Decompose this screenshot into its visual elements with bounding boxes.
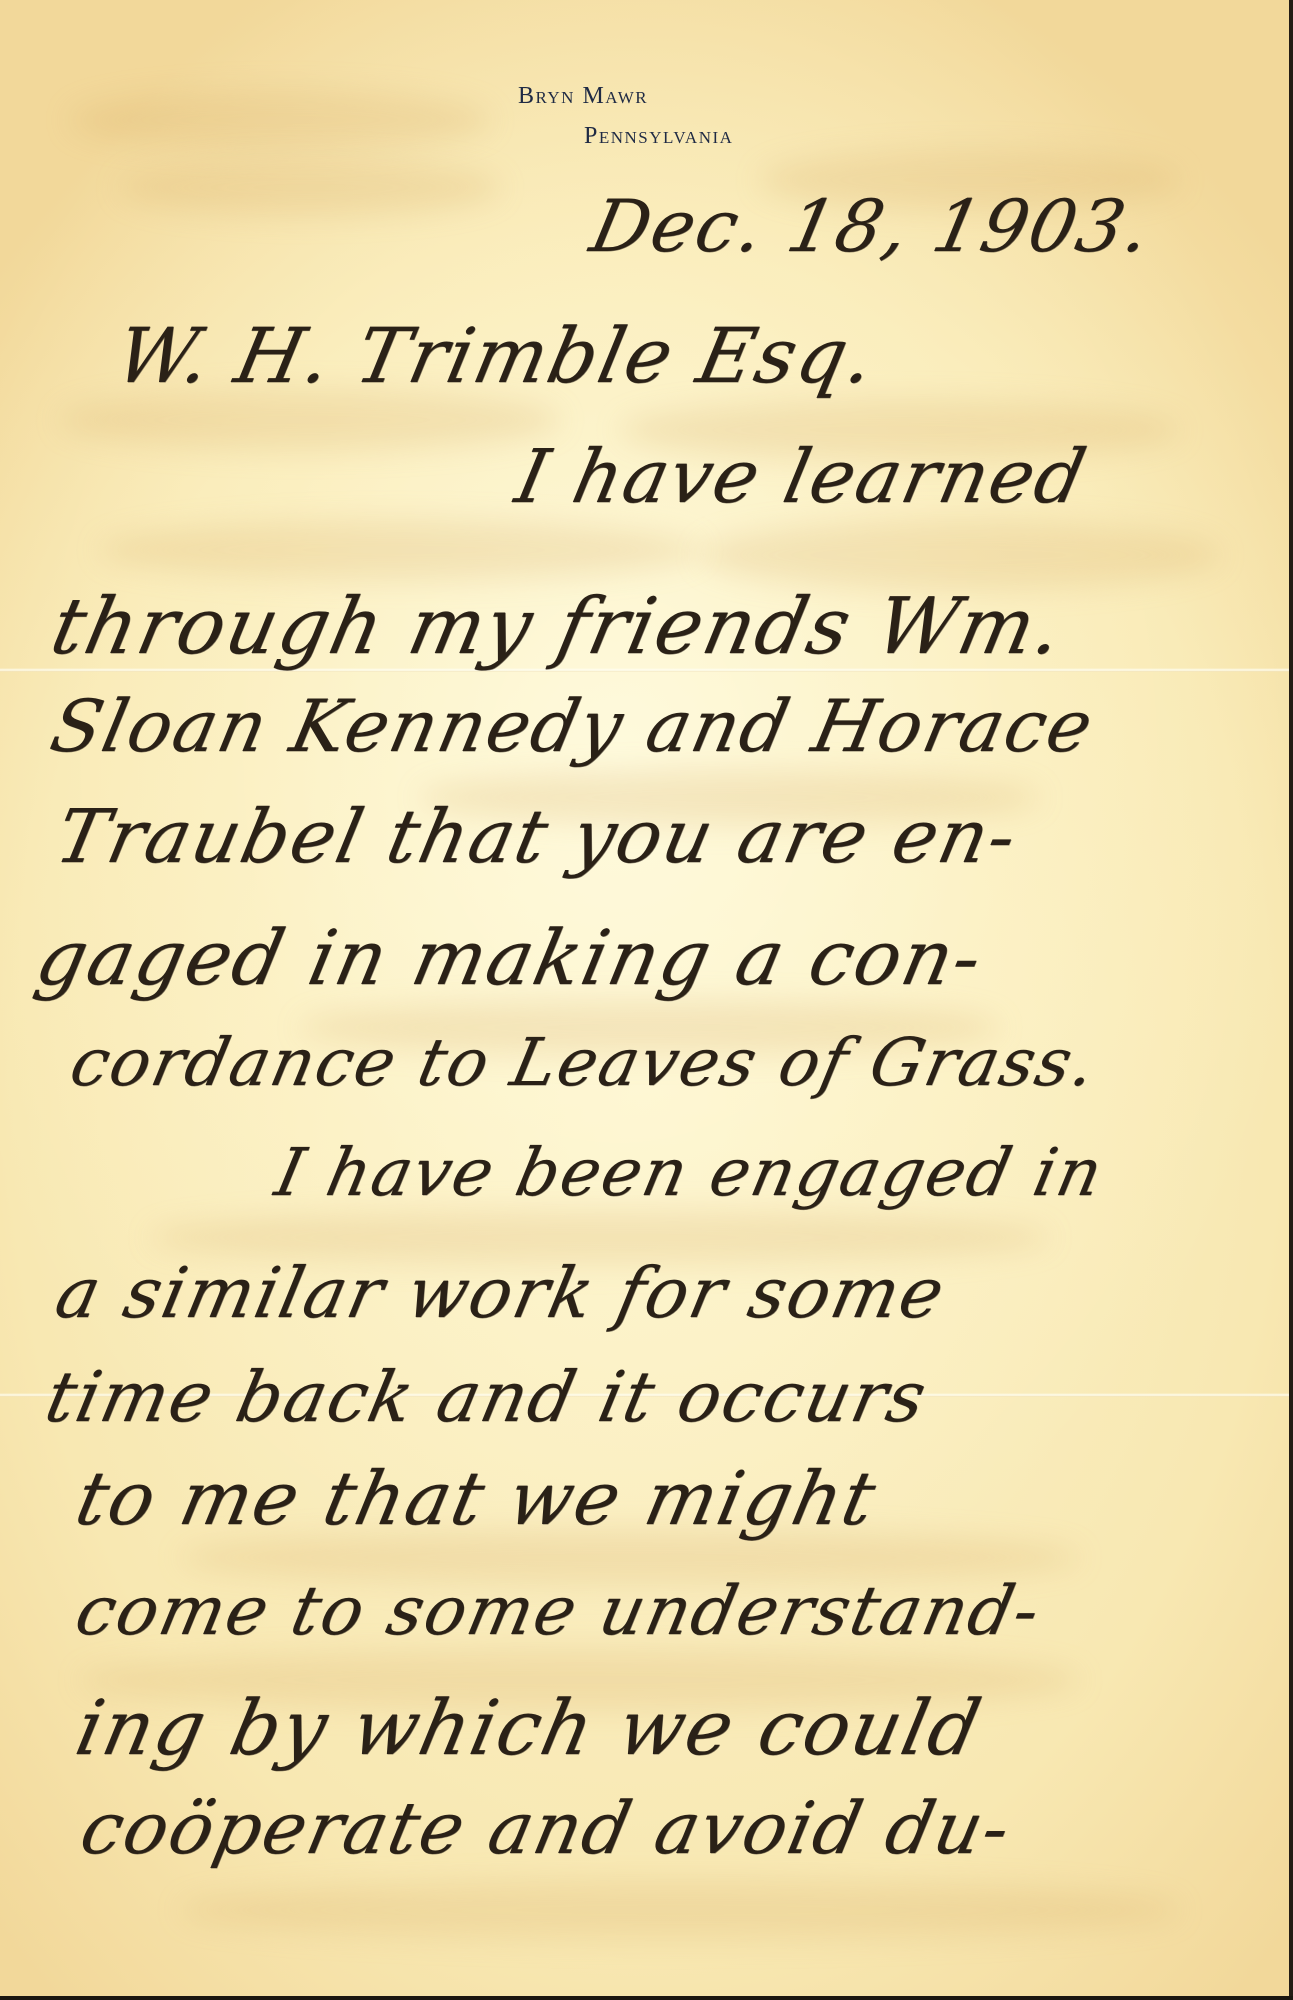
letter-date: Dec. 18, 1903. (585, 190, 1158, 262)
ink-bleed-stain (100, 520, 700, 580)
letter-salutation: W. H. Trimble Esq. (110, 318, 883, 394)
letterhead-state: Pennsylvania (584, 124, 733, 148)
letter-page: Bryn Mawr Pennsylvania Dec. 18, 1903. W.… (0, 0, 1289, 1996)
letter-line: come to some understand- (70, 1578, 1047, 1646)
scan-border-bottom (0, 1996, 1293, 2000)
letter-line: Traubel that you are en- (50, 800, 1024, 874)
letter-line: through my friends Wm. (45, 588, 1071, 666)
ink-bleed-stain (120, 160, 500, 215)
letter-line: time back and it occurs (40, 1362, 934, 1432)
ink-bleed-stain (700, 520, 1220, 590)
scan-border-right (1289, 0, 1293, 2000)
letter-line: to me that we might (70, 1462, 883, 1536)
letter-line: cordance to Leaves of Grass. (65, 1030, 1103, 1096)
letter-line: gaged in making a con- (30, 920, 990, 996)
letter-line: coöperate and avoid du- (75, 1792, 1018, 1864)
letter-line: I have been engaged in (270, 1140, 1109, 1206)
letter-line: Sloan Kennedy and Horace (45, 690, 1100, 762)
ink-bleed-stain (180, 1880, 1180, 1940)
letter-line: I have learned (510, 440, 1093, 514)
ink-bleed-stain (70, 90, 490, 150)
letterhead-city: Bryn Mawr (518, 84, 648, 108)
letter-line: a similar work for some (50, 1258, 952, 1328)
letter-line: ing by which we could (70, 1690, 988, 1766)
